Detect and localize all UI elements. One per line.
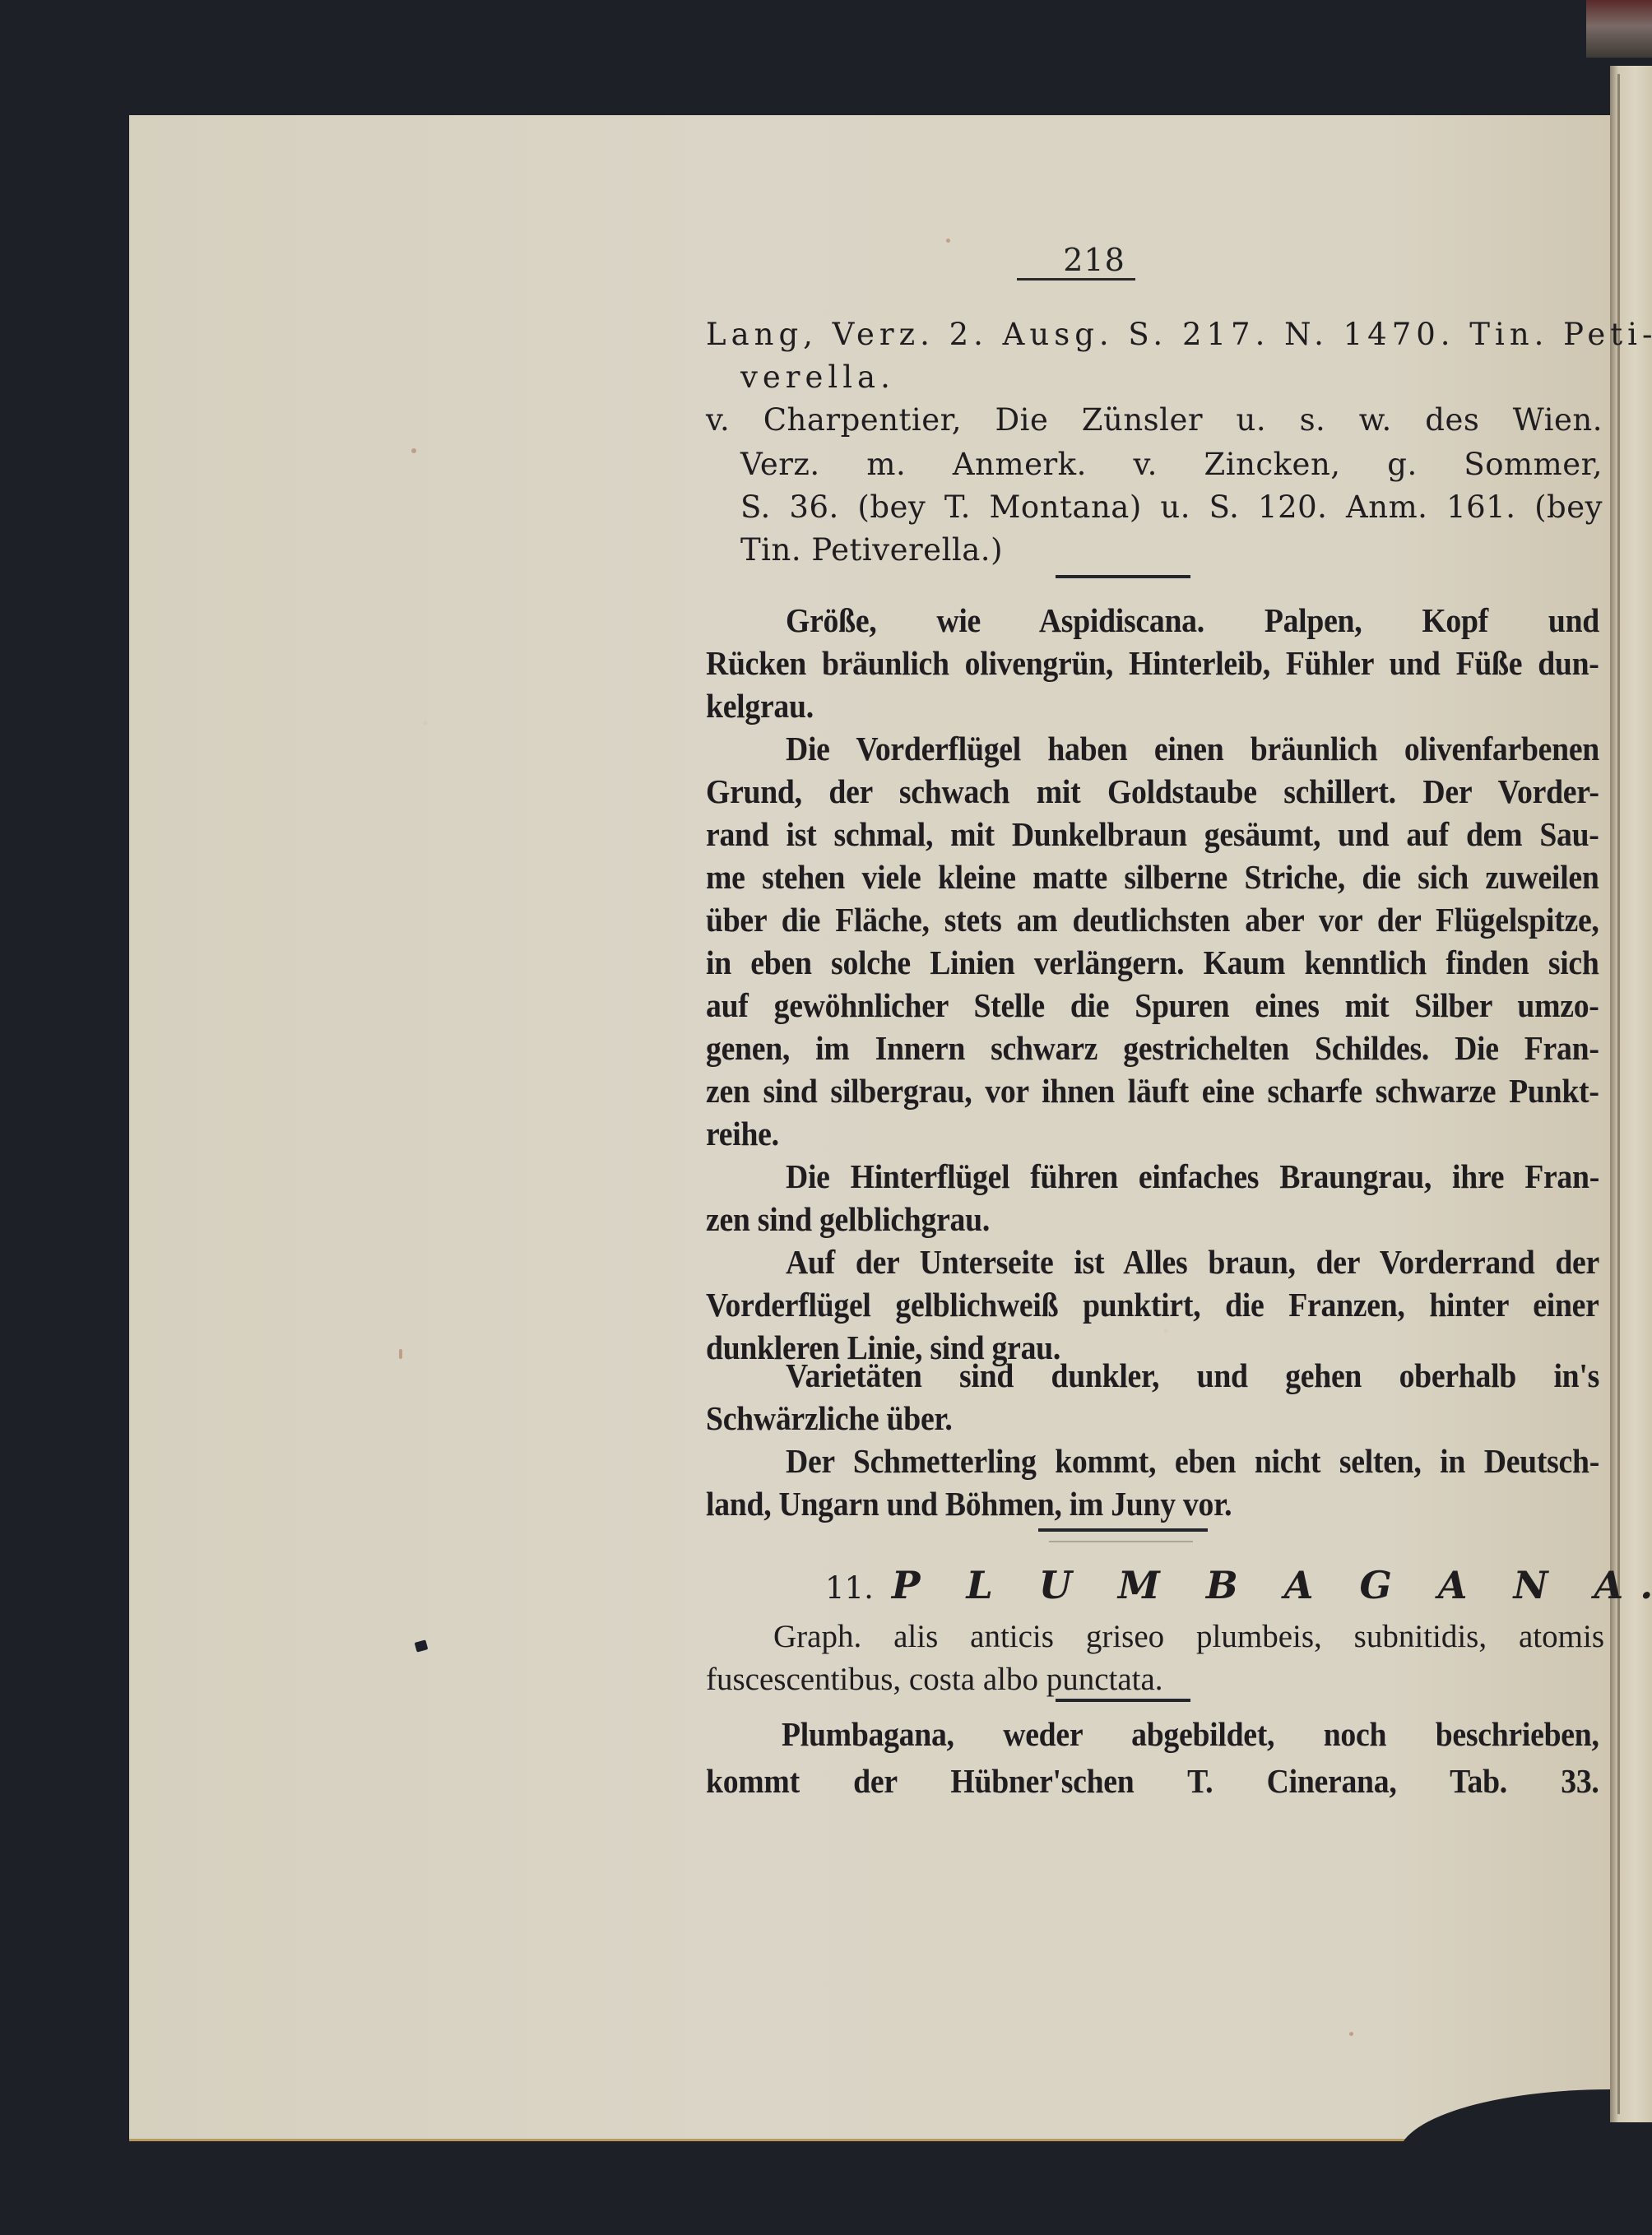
- description-line: zen sind gelblichgrau.: [706, 1203, 990, 1236]
- gutter-fold-line: [1617, 74, 1620, 2114]
- description-line: Auf der Unterseite ist Alles braun, der …: [786, 1245, 1599, 1279]
- reference-line: verella.: [740, 362, 895, 392]
- description-line: Der Schmetterling kommt, eben nicht selt…: [786, 1444, 1599, 1478]
- description-line: in eben solche Linien verlängern. Kaum k…: [706, 946, 1599, 980]
- description-line: genen, im Innern schwarz gestrichelten S…: [706, 1032, 1599, 1065]
- reference-line: Tin. Petiverella.): [740, 535, 1003, 565]
- species-heading: 11.P L U M B A G A N A.: [825, 1563, 1652, 1607]
- description-line: land, Ungarn und Böhmen, im Juny vor.: [706, 1487, 1232, 1521]
- reference-line: Lang, Verz. 2. Ausg. S. 217. N. 1470. Ti…: [706, 319, 1603, 350]
- description-line: Die Vorderflügel haben einen bräunlich o…: [786, 732, 1599, 766]
- description-line: Schwärzliche über.: [706, 1402, 953, 1435]
- species-name: P L U M B A G A N A.: [892, 1563, 1652, 1607]
- description-line: über die Fläche, stets am deutlichsten a…: [706, 903, 1599, 937]
- section-separator: [1038, 1528, 1208, 1532]
- description-line: Größe, wie Aspidiscana. Palpen, Kopf und: [786, 604, 1599, 638]
- description-line: auf gewöhnlicher Stelle die Spuren eines…: [706, 989, 1599, 1022]
- page-number: 218: [1008, 242, 1181, 278]
- description-line: Varietäten sind dunkler, und gehen oberh…: [786, 1359, 1599, 1393]
- description-line: Die Hinterflügel führen einfaches Braung…: [786, 1160, 1599, 1194]
- paper-speck: [399, 1349, 402, 1359]
- section-separator: [1056, 1699, 1190, 1702]
- description-line: Vorderflügel gelblichweiß punktirt, die …: [706, 1288, 1599, 1322]
- diagnosis-line: Graph. alis anticis griseo plumbeis, sub…: [773, 1621, 1604, 1653]
- description-line: rand ist schmal, mit Dunkelbraun gesäumt…: [706, 818, 1599, 851]
- show-through-rule: [1049, 1541, 1193, 1542]
- section-separator: [1056, 575, 1190, 578]
- section-body-line: Plumbagana, weder abgebildet, noch besch…: [782, 1718, 1599, 1751]
- description-line: reihe.: [706, 1117, 779, 1151]
- section-body-line: kommt der Hübner'schen T. Cinerana, Tab.…: [706, 1764, 1599, 1798]
- description-line: zen sind silbergrau, vor ihnen läuft ein…: [706, 1074, 1599, 1108]
- description-line: me stehen viele kleine matte silberne St…: [706, 860, 1599, 894]
- species-number: 11.: [825, 1570, 874, 1606]
- paper-speck: [946, 239, 950, 243]
- reference-line: S. 36. (bey T. Montana) u. S. 120. Anm. …: [740, 492, 1603, 522]
- description-line: Grund, der schwach mit Goldstaube schill…: [706, 775, 1599, 809]
- description-line: kelgrau.: [706, 689, 814, 723]
- page-number-underline: [1017, 278, 1135, 281]
- paper-speck: [411, 448, 416, 453]
- reference-line: v. Charpentier, Die Zünsler u. s. w. des…: [706, 405, 1603, 435]
- book-gutter: [1610, 66, 1652, 2122]
- description-line: Rücken bräunlich olivengrün, Hinterleib,…: [706, 647, 1599, 680]
- backdrop-corner: [1586, 0, 1652, 58]
- reference-line: Verz. m. Anmerk. v. Zincken, g. Sommer,: [740, 449, 1603, 480]
- diagnosis-line: fuscescentibus, costa albo punctata.: [706, 1663, 1163, 1695]
- paper-speck: [1349, 2032, 1353, 2036]
